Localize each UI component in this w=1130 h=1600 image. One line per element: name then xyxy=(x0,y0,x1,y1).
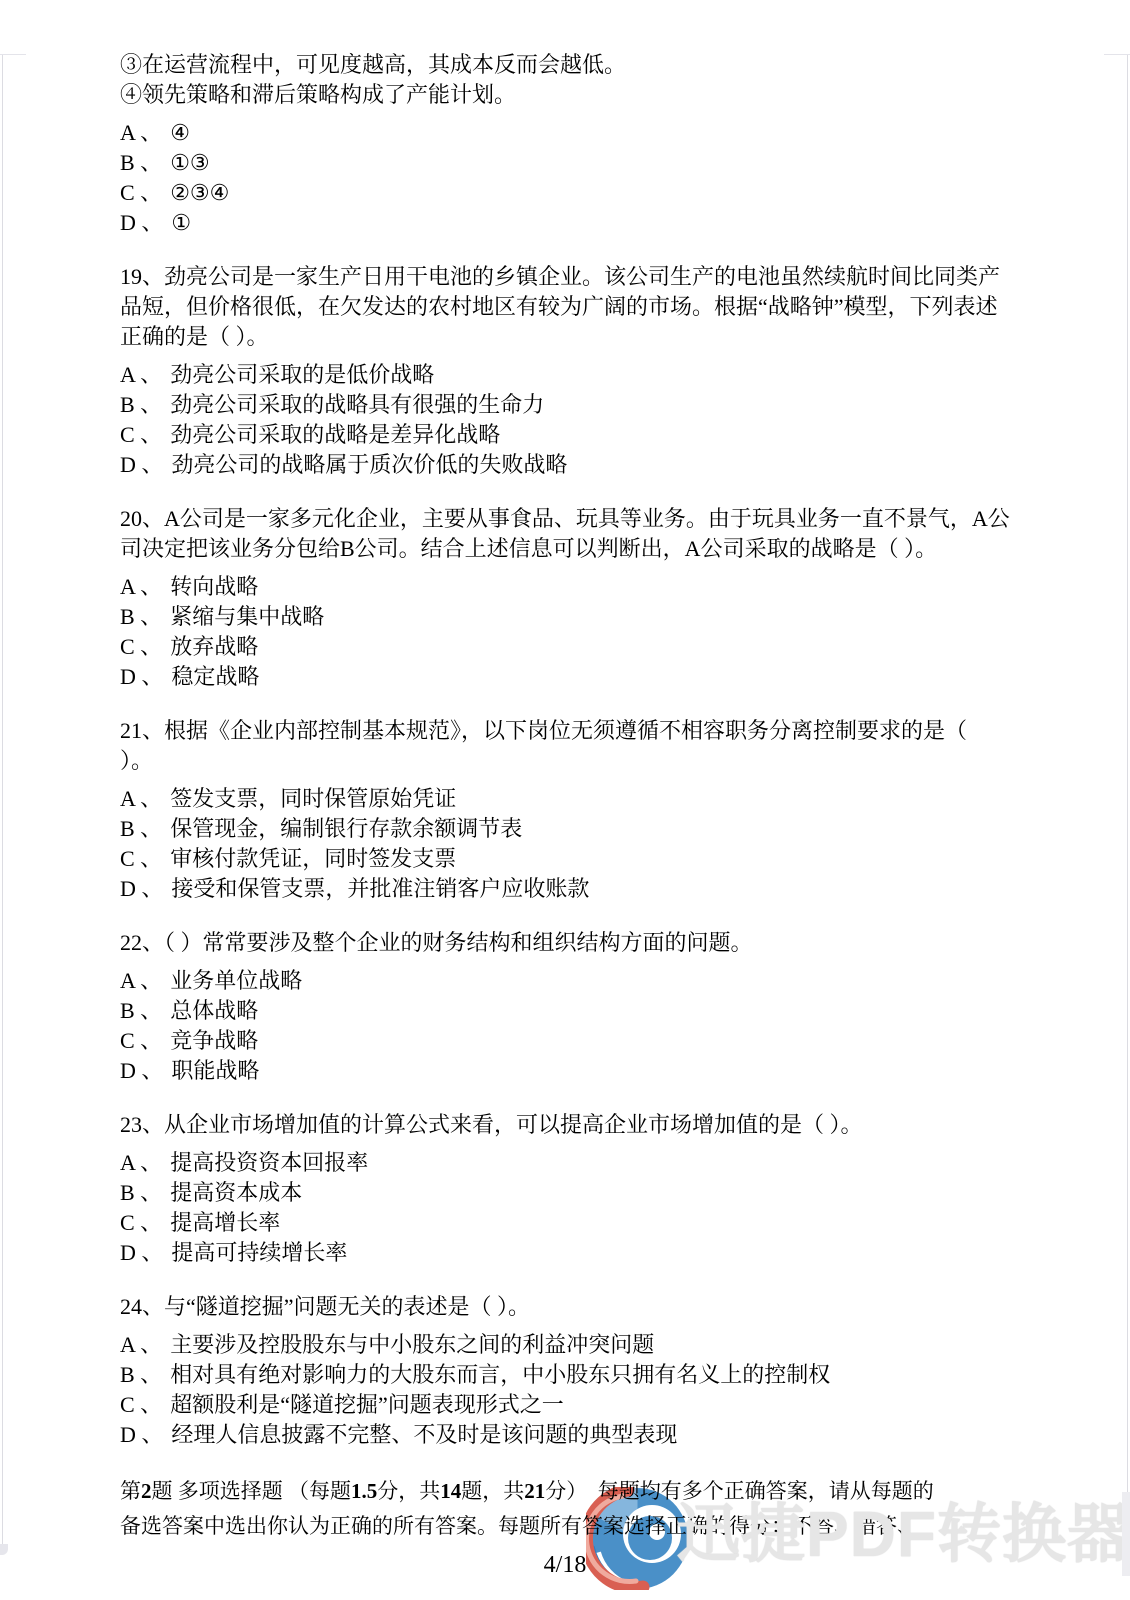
question-23: 23、从企业市场增加值的计算公式来看，可以提高企业市场增加值的是（ ）。 A 、… xyxy=(120,1110,1120,1268)
question-24: 24、与“隧道挖掘”问题无关的表述是（ ）。 A 、主要涉及控股股东与中小股东之… xyxy=(120,1292,1120,1450)
option-label: A 、 xyxy=(120,120,162,145)
option-label: D 、 xyxy=(120,1422,163,1447)
option-row: A 、转向战略 xyxy=(120,572,1120,602)
section-header-text: 题 多项选择题 （每题 xyxy=(152,1479,352,1503)
option-label: B 、 xyxy=(120,1362,162,1387)
option-row: D 、① xyxy=(120,208,1120,238)
option-label: D 、 xyxy=(120,452,163,477)
watermark-fragment xyxy=(1122,1492,1130,1576)
option-text: ①③ xyxy=(170,150,209,175)
option-label: B 、 xyxy=(120,604,162,629)
option-label: A 、 xyxy=(120,1332,162,1357)
option-row: A 、提高投资资本回报率 xyxy=(120,1148,1120,1178)
option-row: B 、总体战略 xyxy=(120,996,1120,1026)
section-header-text: 分） xyxy=(545,1479,577,1503)
option-row: C 、提高增长率 xyxy=(120,1208,1120,1238)
option-label: C 、 xyxy=(120,1392,162,1417)
option-label: C 、 xyxy=(120,1210,162,1235)
page-edge-left xyxy=(2,54,3,1546)
question-20: 20、A公司是一家多元化企业，主要从事食品、玩具等业务。由于玩具业务一直不景气，… xyxy=(120,504,1120,692)
option-row: A 、④ xyxy=(120,118,1120,148)
option-text: 提高资本成本 xyxy=(170,1180,302,1205)
option-text: 主要涉及控股股东与中小股东之间的利益冲突问题 xyxy=(170,1332,654,1357)
option-text: 劲亮公司采取的战略具有很强的生命力 xyxy=(170,392,544,417)
option-row: B 、保管现金，编制银行存款余额调节表 xyxy=(120,814,1120,844)
option-row: C 、竞争战略 xyxy=(120,1026,1120,1056)
option-label: A 、 xyxy=(120,786,162,811)
question-22: 22、（ ）常常要涉及整个企业的财务结构和组织结构方面的问题。 A 、业务单位战… xyxy=(120,928,1120,1086)
option-row: D 、职能战略 xyxy=(120,1056,1120,1086)
option-text: 劲亮公司采取的战略是差异化战略 xyxy=(170,422,500,447)
page-edge-top-left xyxy=(0,54,26,55)
option-text: 经理人信息披露不完整、不及时是该问题的典型表现 xyxy=(171,1422,677,1447)
option-text: 总体战略 xyxy=(170,998,258,1023)
section-number: 2 xyxy=(141,1479,152,1503)
question-text: 20、A公司是一家多元化企业，主要从事食品、玩具等业务。由于玩具业务一直不景气，… xyxy=(120,504,1120,564)
option-row: D 、提高可持续增长率 xyxy=(120,1238,1120,1268)
option-text: 提高可持续增长率 xyxy=(171,1240,347,1265)
option-text: 业务单位战略 xyxy=(170,968,302,993)
option-label: C 、 xyxy=(120,1028,162,1053)
question-text: 23、从企业市场增加值的计算公式来看，可以提高企业市场增加值的是（ ）。 xyxy=(120,1110,1120,1140)
option-text: 职能战略 xyxy=(171,1058,259,1083)
option-text: 接受和保管支票，并批准注销客户应收账款 xyxy=(171,876,589,901)
watermark-text: 迅捷PDF转换器 xyxy=(676,1494,1130,1574)
exam-page-content: ③在运营流程中，可见度越高，其成本反而会越低。 ④领先策略和滞后策略构成了产能计… xyxy=(120,50,1120,1544)
option-row: C 、②③④ xyxy=(120,178,1120,208)
option-row: A 、签发支票，同时保管原始凭证 xyxy=(120,784,1120,814)
option-label: D 、 xyxy=(120,210,163,235)
option-text: 签发支票，同时保管原始凭证 xyxy=(170,786,456,811)
option-row: C 、超额股利是“隧道挖掘”问题表现形式之一 xyxy=(120,1390,1120,1420)
option-text: 审核付款凭证，同时签发支票 xyxy=(170,846,456,871)
option-row: A 、劲亮公司采取的是低价战略 xyxy=(120,360,1120,390)
option-text: ④ xyxy=(170,120,190,145)
option-text: 保管现金，编制银行存款余额调节表 xyxy=(170,816,522,841)
option-label: C 、 xyxy=(120,422,162,447)
question-text: 19、劲亮公司是一家生产日用干电池的乡镇企业。该公司生产的电池虽然续航时间比同类… xyxy=(120,262,1120,352)
total-points: 21 xyxy=(524,1479,545,1503)
option-label: C 、 xyxy=(120,846,162,871)
option-label: D 、 xyxy=(120,1058,163,1083)
section-header-text: 题，共 xyxy=(461,1479,524,1503)
option-label: A 、 xyxy=(120,968,162,993)
option-text: 竞争战略 xyxy=(170,1028,258,1053)
option-label: D 、 xyxy=(120,664,163,689)
option-text: 劲亮公司采取的是低价战略 xyxy=(170,362,434,387)
carryover-statements: ③在运营流程中，可见度越高，其成本反而会越低。 ④领先策略和滞后策略构成了产能计… xyxy=(120,50,1120,110)
question-18-carryover: ③在运营流程中，可见度越高，其成本反而会越低。 ④领先策略和滞后策略构成了产能计… xyxy=(120,50,1120,238)
question-21: 21、根据《企业内部控制基本规范》，以下岗位无须遵循不相容职务分离控制要求的是（… xyxy=(120,716,1120,904)
option-label: A 、 xyxy=(120,362,162,387)
option-label: D 、 xyxy=(120,1240,163,1265)
question-text: 21、根据《企业内部控制基本规范》，以下岗位无须遵循不相容职务分离控制要求的是（… xyxy=(120,716,1120,776)
option-row: B 、劲亮公司采取的战略具有很强的生命力 xyxy=(120,390,1120,420)
option-label: B 、 xyxy=(120,998,162,1023)
question-text: 22、（ ）常常要涉及整个企业的财务结构和组织结构方面的问题。 xyxy=(120,928,1120,958)
option-row: B 、提高资本成本 xyxy=(120,1178,1120,1208)
option-row: B 、相对具有绝对影响力的大股东而言，中小股东只拥有名义上的控制权 xyxy=(120,1360,1120,1390)
option-text: 转向战略 xyxy=(170,574,258,599)
points-per-question: 1.5 xyxy=(351,1479,377,1503)
option-label: B 、 xyxy=(120,1180,162,1205)
section-header-text: 分，共 xyxy=(377,1479,440,1503)
option-label: D 、 xyxy=(120,876,163,901)
option-row: B 、①③ xyxy=(120,148,1120,178)
option-text: 提高增长率 xyxy=(170,1210,280,1235)
option-row: A 、主要涉及控股股东与中小股东之间的利益冲突问题 xyxy=(120,1330,1120,1360)
option-row: C 、放弃战略 xyxy=(120,632,1120,662)
option-label: C 、 xyxy=(120,180,162,205)
option-row: D 、经理人信息披露不完整、不及时是该问题的典型表现 xyxy=(120,1420,1120,1450)
option-label: B 、 xyxy=(120,816,162,841)
option-text: ②③④ xyxy=(170,180,229,205)
option-row: D 、稳定战略 xyxy=(120,662,1120,692)
option-text: 超额股利是“隧道挖掘”问题表现形式之一 xyxy=(170,1392,564,1417)
option-text: 稳定战略 xyxy=(171,664,259,689)
option-row: D 、劲亮公司的战略属于质次价低的失败战略 xyxy=(120,450,1120,480)
question-text: 24、与“隧道挖掘”问题无关的表述是（ ）。 xyxy=(120,1292,1120,1322)
option-text: 紧缩与集中战略 xyxy=(170,604,324,629)
option-label: C 、 xyxy=(120,634,162,659)
option-text: ① xyxy=(171,210,191,235)
option-row: C 、审核付款凭证，同时签发支票 xyxy=(120,844,1120,874)
option-row: D 、接受和保管支票，并批准注销客户应收账款 xyxy=(120,874,1120,904)
option-label: A 、 xyxy=(120,1150,162,1175)
option-text: 劲亮公司的战略属于质次价低的失败战略 xyxy=(171,452,567,477)
option-row: C 、劲亮公司采取的战略是差异化战略 xyxy=(120,420,1120,450)
question-count: 14 xyxy=(440,1479,461,1503)
option-label: B 、 xyxy=(120,392,162,417)
option-label: A 、 xyxy=(120,574,162,599)
option-text: 相对具有绝对影响力的大股东而言，中小股东只拥有名义上的控制权 xyxy=(170,1362,830,1387)
question-19: 19、劲亮公司是一家生产日用干电池的乡镇企业。该公司生产的电池虽然续航时间比同类… xyxy=(120,262,1120,480)
option-text: 放弃战略 xyxy=(170,634,258,659)
page-edge-right xyxy=(1127,54,1128,1546)
option-text: 提高投资资本回报率 xyxy=(170,1150,368,1175)
option-row: B 、紧缩与集中战略 xyxy=(120,602,1120,632)
section-header-text: 第 xyxy=(120,1479,141,1503)
option-label: B 、 xyxy=(120,150,162,175)
option-row: A 、业务单位战略 xyxy=(120,966,1120,996)
